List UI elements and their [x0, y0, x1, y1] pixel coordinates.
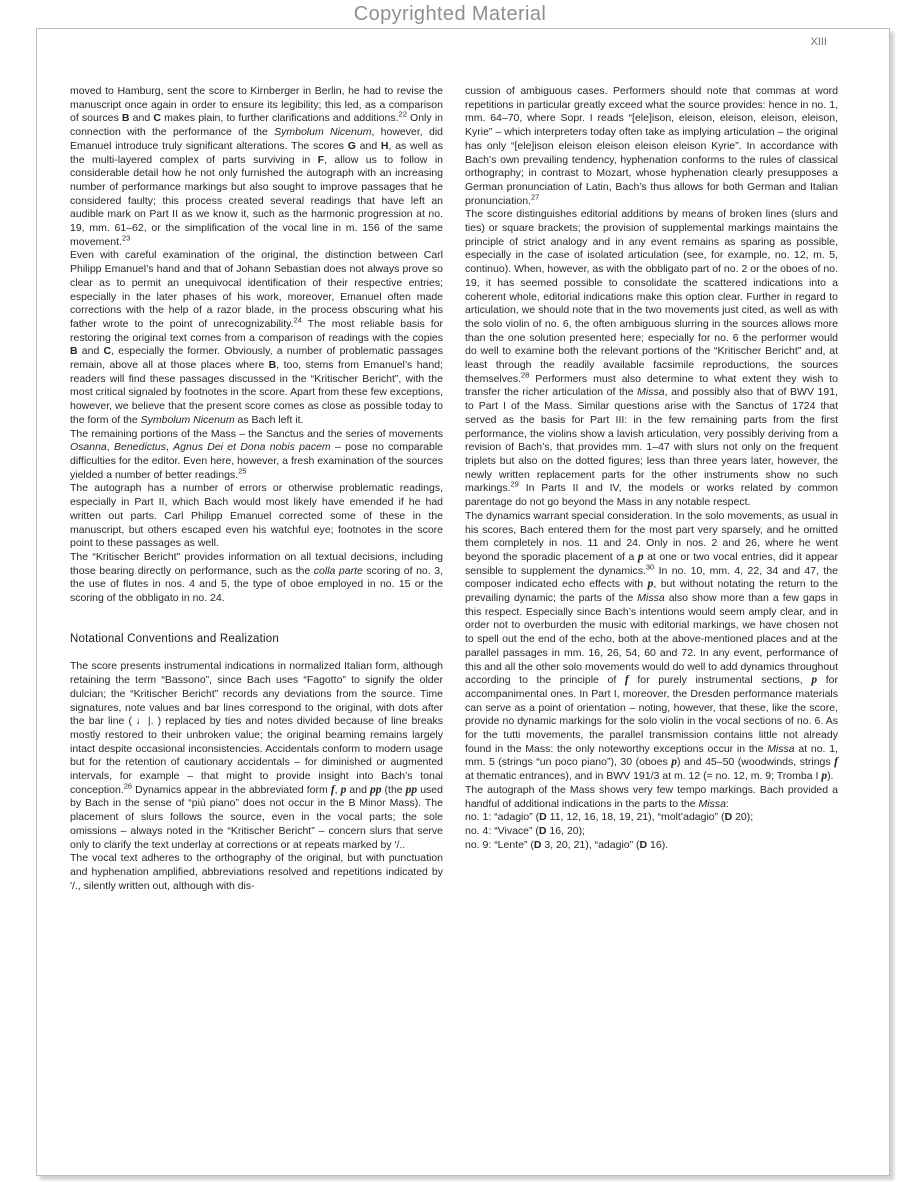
left-column: moved to Hamburg, sent the score to Kirn…: [70, 85, 443, 893]
paragraph: The remaining portions of the Mass – the…: [70, 428, 443, 483]
copyright-watermark: Copyrighted Material: [0, 3, 900, 26]
right-column: cussion of ambiguous cases. Performers s…: [465, 85, 838, 893]
tempo-marking-line: no. 1: “adagio” (D 11, 12, 16, 18, 19, 2…: [465, 811, 838, 825]
tempo-marking-line: no. 9: “Lente” (D 3, 20, 21), “adagio” (…: [465, 839, 838, 853]
paragraph: Even with careful examination of the ori…: [70, 249, 443, 427]
paragraph: The vocal text adheres to the orthograph…: [70, 852, 443, 893]
paragraph: The score presents instrumental indicati…: [70, 660, 443, 852]
scanned-page: XIII moved to Hamburg, sent the score to…: [36, 28, 890, 1176]
paragraph: The autograph of the Mass shows very few…: [465, 784, 838, 811]
paragraph: cussion of ambiguous cases. Performers s…: [465, 85, 838, 208]
paragraph: The dynamics warrant special considerati…: [465, 510, 838, 784]
paragraph: The “Kritischer Bericht” provides inform…: [70, 551, 443, 606]
paragraph: moved to Hamburg, sent the score to Kirn…: [70, 85, 443, 249]
paragraph: The autograph has a number of errors or …: [70, 482, 443, 551]
paragraph: The score distinguishes editorial additi…: [465, 208, 838, 509]
tempo-marking-line: no. 4: “Vivace” (D 16, 20);: [465, 825, 838, 839]
section-heading: Notational Conventions and Realization: [70, 633, 443, 647]
page-number: XIII: [810, 36, 827, 48]
text-columns: moved to Hamburg, sent the score to Kirn…: [70, 85, 838, 893]
